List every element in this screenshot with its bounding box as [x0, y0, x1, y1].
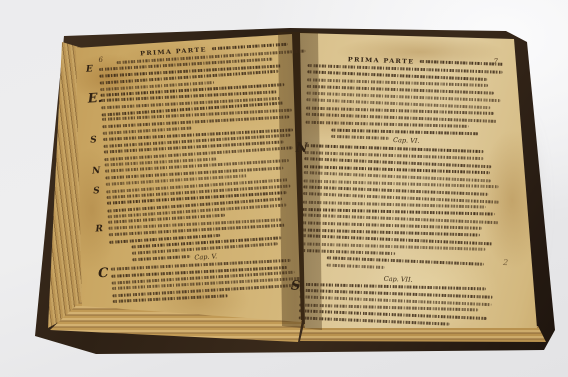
chapter-rubric — [326, 256, 484, 275]
handwritten-paragraph — [306, 64, 504, 129]
drop-cap-initial: S — [90, 136, 97, 145]
handwritten-line — [327, 263, 385, 268]
chapter-rubric: Cap. VI. — [331, 128, 489, 147]
handwritten-paragraph: S — [299, 282, 496, 326]
handwritten-line — [299, 316, 450, 325]
chapter-caption: Cap. VI. — [393, 137, 420, 144]
left-folio-number: 6 — [98, 56, 103, 64]
drop-cap-initial: N — [92, 167, 101, 176]
margin-mark: 2 — [503, 258, 509, 267]
drop-cap-initial: C — [98, 267, 109, 281]
left-page-content: 6 PRIMA PARTE EE.SNSRCap. V.C — [98, 41, 303, 307]
handwritten-line — [331, 128, 478, 134]
handwritten-paragraph: E. — [100, 83, 292, 135]
handwritten-paragraph: C — [111, 257, 303, 303]
handwritten-paragraph: N — [301, 144, 501, 258]
handwritten-line — [331, 135, 389, 140]
handwritten-line — [132, 255, 190, 261]
handwritten-line — [301, 249, 395, 255]
right-folio-number: 7 — [493, 57, 498, 65]
handwritten-title-continuation — [419, 60, 503, 66]
right-page-content: PRIMA PARTE 7 Cap. VI.NCap. VII.S — [299, 54, 504, 331]
drop-cap-initial: S — [93, 187, 100, 196]
handwritten-line — [306, 121, 469, 128]
chapter-caption: Cap. V. — [194, 253, 217, 261]
right-running-header: PRIMA PARTE — [348, 55, 415, 65]
drop-cap-initial: R — [95, 225, 103, 234]
drop-cap-initial: E — [86, 66, 93, 75]
handwritten-title-continuation — [212, 43, 288, 50]
photograph-open-manuscript-book: 6 PRIMA PARTE EE.SNSRCap. V.C PRIMA PART… — [0, 0, 568, 377]
